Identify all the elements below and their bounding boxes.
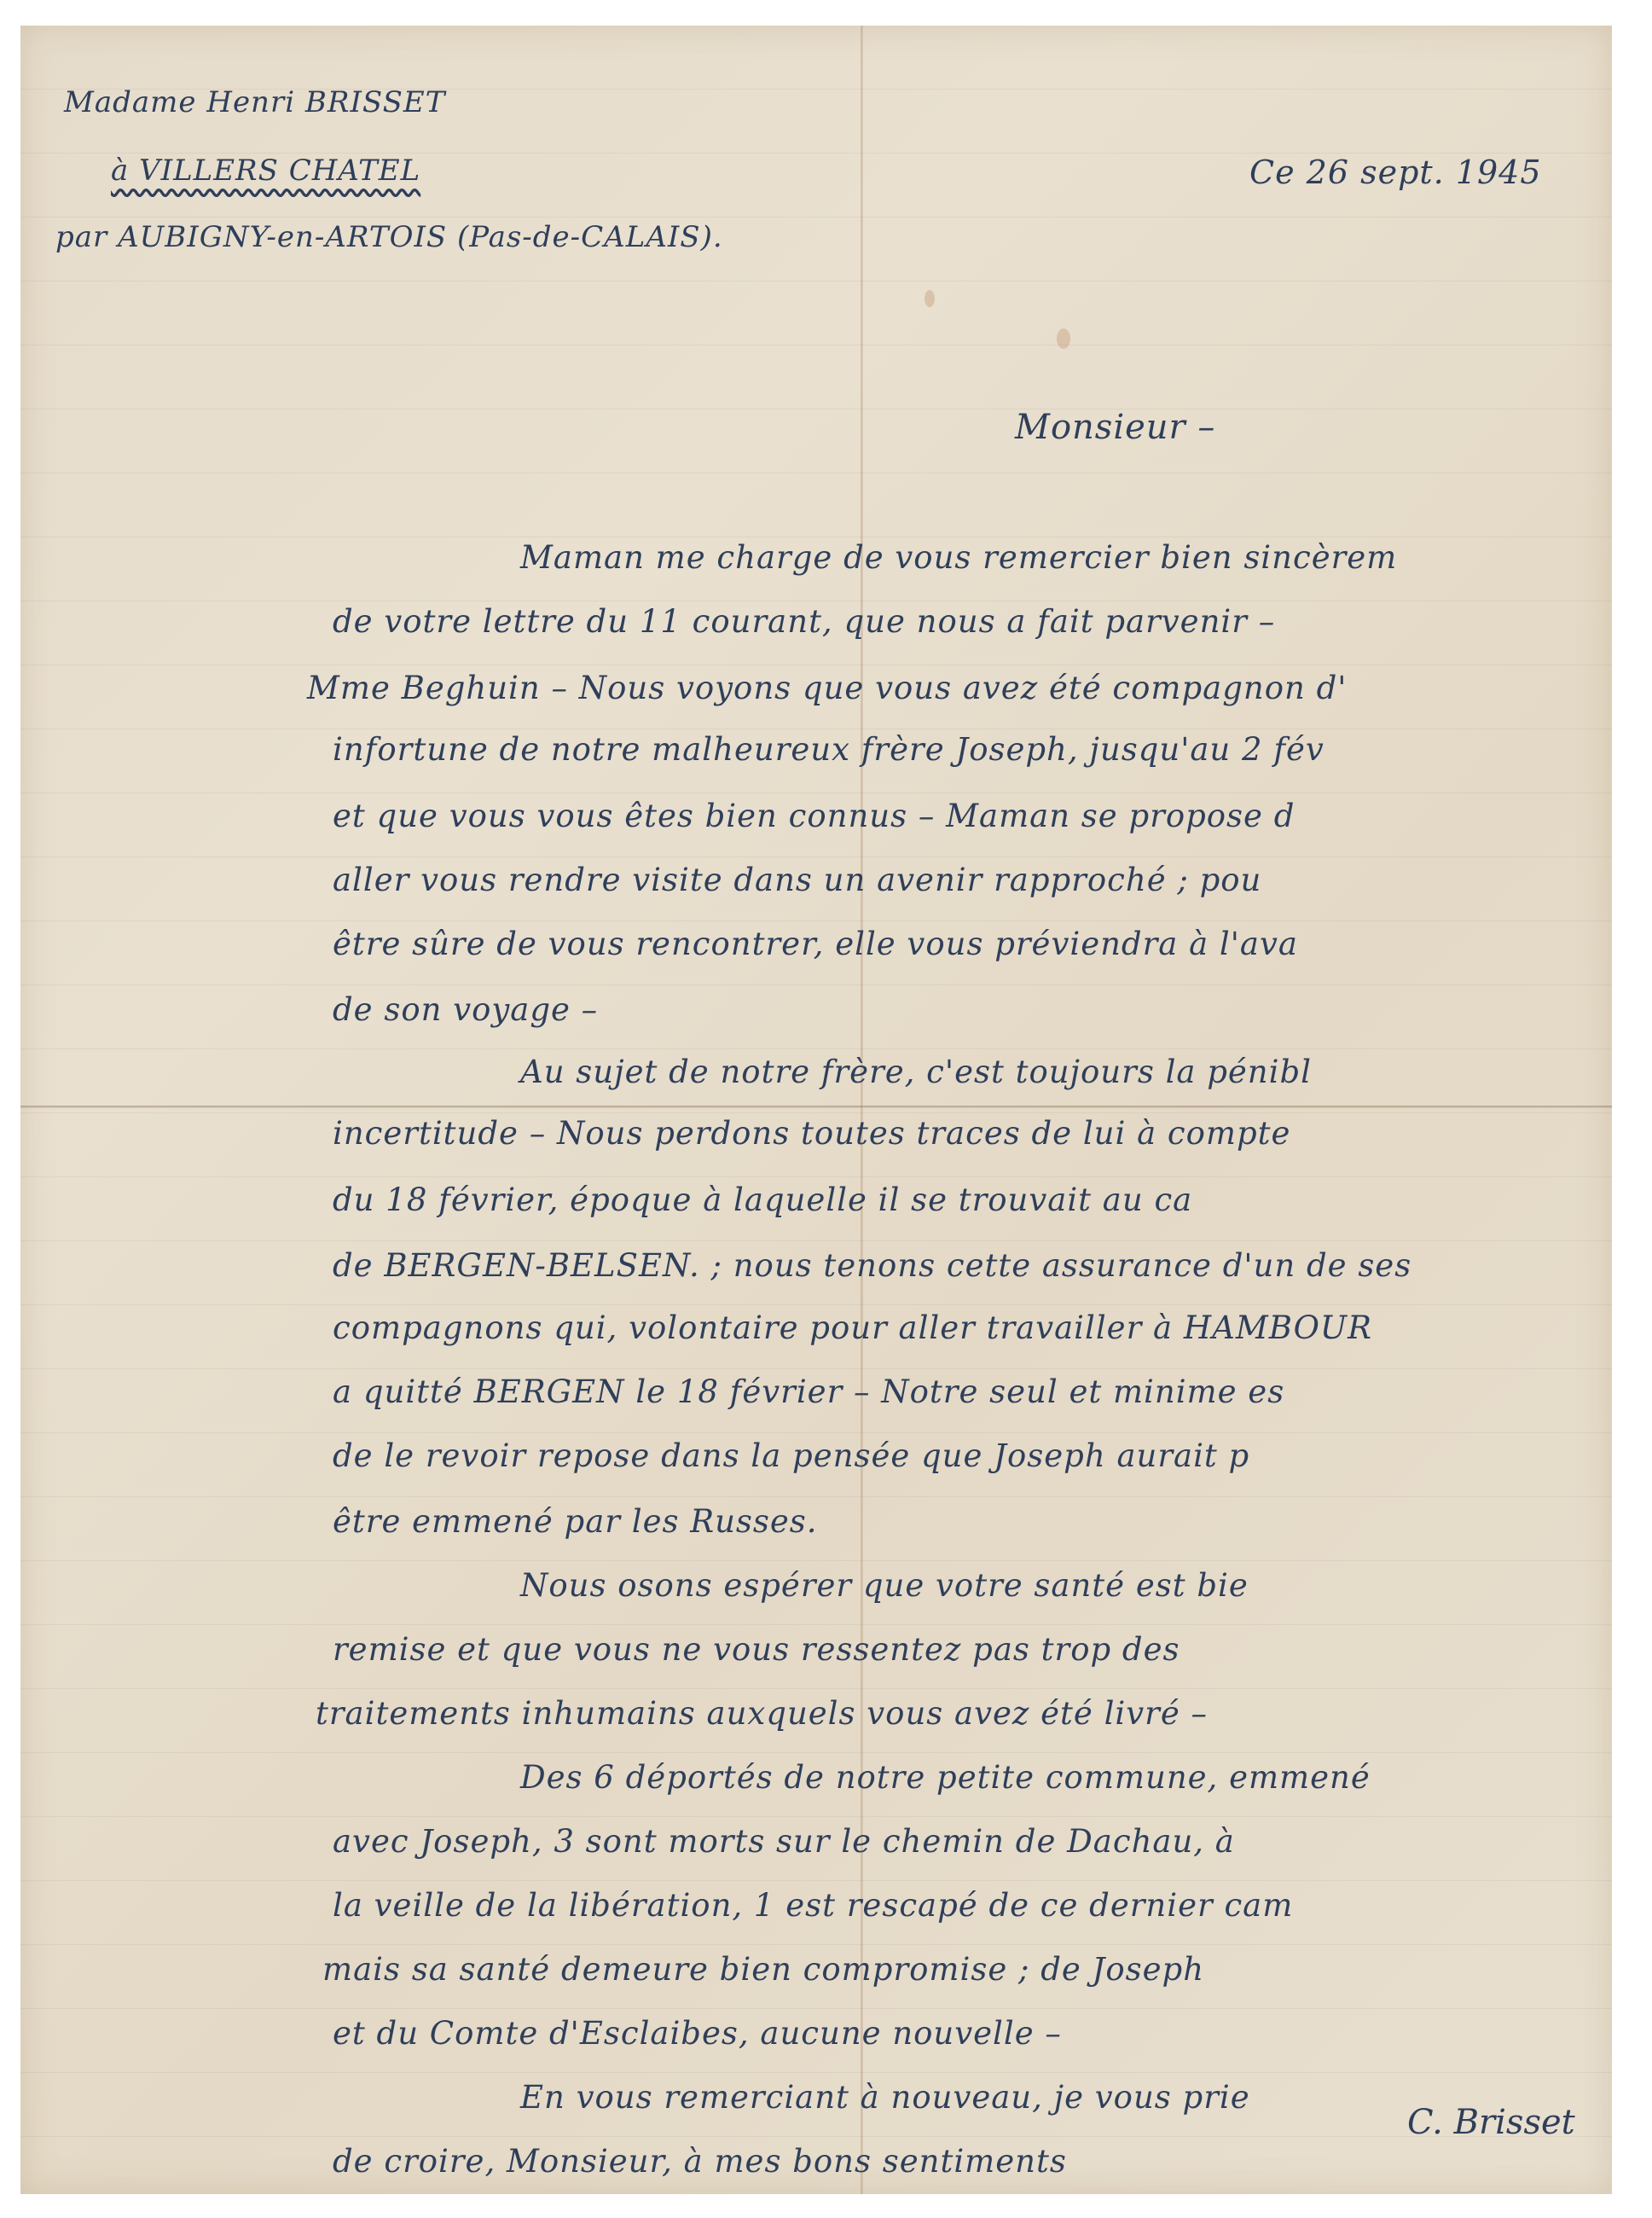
- body-line: En vous remerciant à nouveau, je vous pr…: [520, 2079, 1250, 2116]
- ink-stain: [925, 290, 935, 307]
- horizontal-fold-line: [20, 1106, 1612, 1108]
- body-line: être emmené par les Russes.: [333, 1503, 818, 1540]
- body-line: remise et que vous ne vous ressentez pas…: [333, 1631, 1180, 1668]
- body-line: Au sujet de notre frère, c'est toujours …: [520, 1054, 1312, 1090]
- body-line: de croire, Monsieur, à mes bons sentimen…: [333, 2143, 1067, 2180]
- body-line: mais sa santé demeure bien compromise ; …: [322, 1951, 1204, 1988]
- body-line: traitements inhumains auxquels vous avez…: [316, 1695, 1208, 1732]
- letter-date: Ce 26 sept. 1945: [1249, 154, 1542, 191]
- body-line: Nous osons espérer que votre santé est b…: [520, 1567, 1249, 1604]
- body-line: la veille de la libération, 1 est rescap…: [333, 1887, 1293, 1924]
- body-line: Mme Beghuin – Nous voyons que vous avez …: [307, 670, 1347, 706]
- salutation: Monsieur –: [1015, 408, 1215, 447]
- sender-name: Madame Henri BRISSET: [64, 85, 445, 119]
- body-line: être sûre de vous rencontrer, elle vous …: [333, 926, 1298, 962]
- sender-address-line1: à VILLERS CHATEL: [111, 154, 420, 188]
- signature: C. Brisset: [1407, 2103, 1575, 2142]
- body-line: compagnons qui, volontaire pour aller tr…: [333, 1309, 1372, 1346]
- body-line: de BERGEN-BELSEN. ; nous tenons cette as…: [333, 1247, 1411, 1284]
- body-line: avec Joseph, 3 sont morts sur le chemin …: [333, 1823, 1235, 1860]
- body-line: Des 6 déportés de notre petite commune, …: [520, 1759, 1371, 1796]
- ink-stain: [1057, 328, 1070, 349]
- body-line: infortune de notre malheureux frère Jose…: [333, 731, 1324, 768]
- body-line: a quitté BERGEN le 18 février – Notre se…: [333, 1373, 1284, 1410]
- body-line: et du Comte d'Esclaibes, aucune nouvelle…: [333, 2015, 1062, 2052]
- body-line: incertitude – Nous perdons toutes traces…: [333, 1115, 1290, 1152]
- letter-paper: [20, 26, 1612, 2194]
- body-line: aller vous rendre visite dans un avenir …: [333, 862, 1261, 898]
- vertical-fold-line: [861, 26, 863, 2194]
- sender-address-line2: par AUBIGNY-en-ARTOIS (Pas-de-CALAIS).: [55, 220, 723, 254]
- body-line: du 18 février, époque à laquelle il se t…: [333, 1182, 1192, 1218]
- body-line: et que vous vous êtes bien connus – Mama…: [333, 798, 1295, 834]
- body-line: de votre lettre du 11 courant, que nous …: [333, 603, 1275, 640]
- body-line: Maman me charge de vous remercier bien s…: [520, 539, 1397, 576]
- body-line: de son voyage –: [333, 991, 598, 1028]
- body-line: de le revoir repose dans la pensée que J…: [333, 1437, 1249, 1474]
